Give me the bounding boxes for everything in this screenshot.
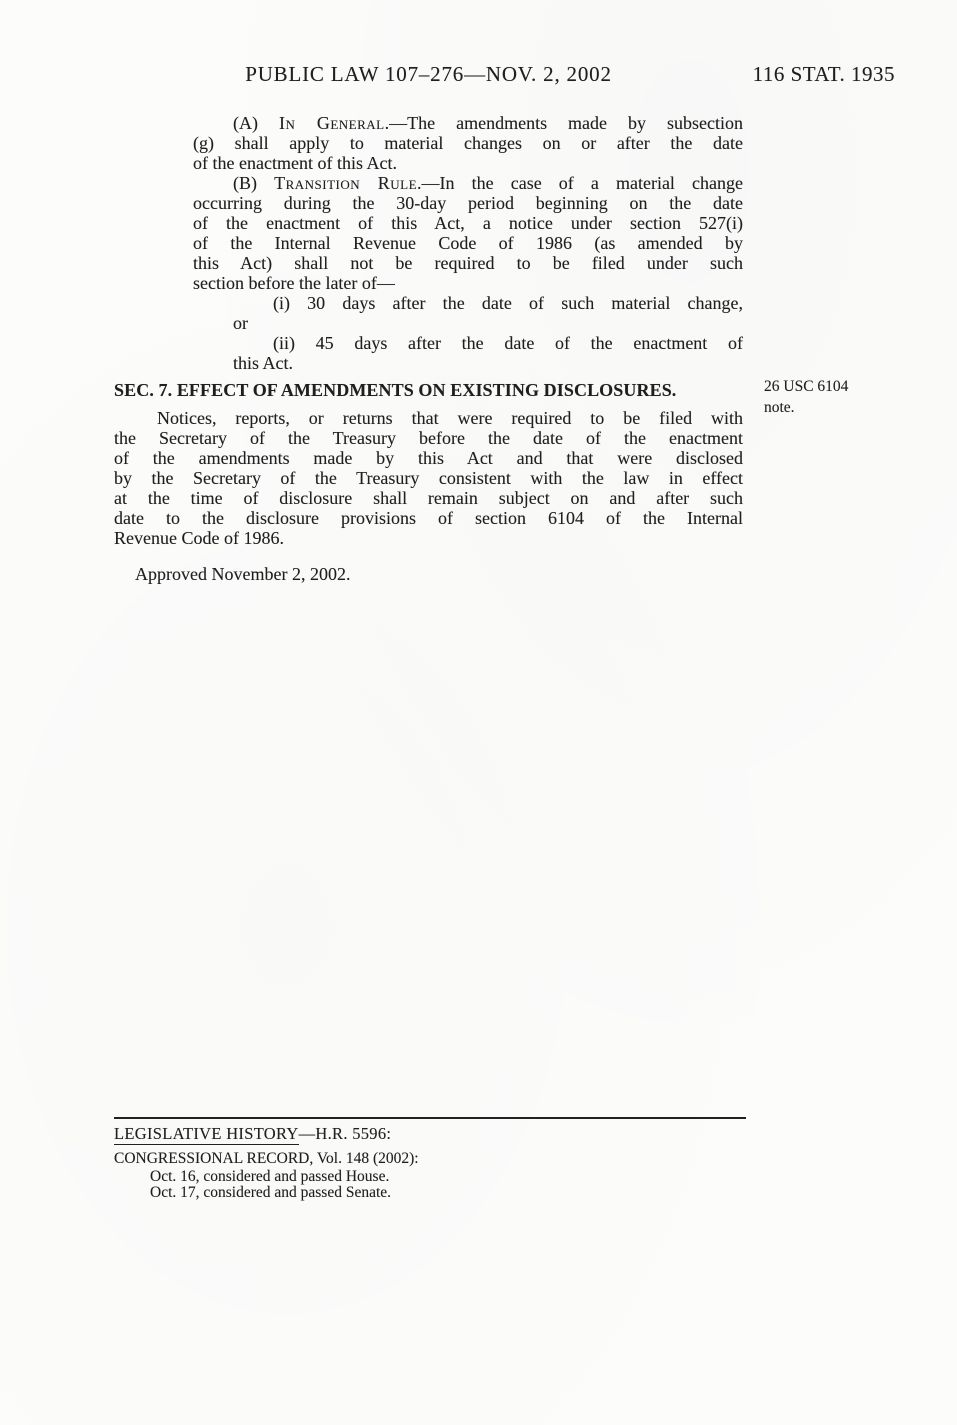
legislative-history-title-rest: —H.R. 5596: xyxy=(299,1124,392,1143)
section-7-line-1: Notices, reports, or returns that were r… xyxy=(114,408,743,428)
usc-margin-note-line-2: note. xyxy=(764,398,914,419)
clause-i-line-2: or xyxy=(193,313,743,333)
clause-ii-line-2: this Act. xyxy=(193,353,743,373)
congressional-record-entry-1: Oct. 16, considered and passed House. xyxy=(150,1169,746,1185)
clause-b-line-3: of the enactment of this Act, a notice u… xyxy=(193,213,743,233)
clause-a-title-rest: .—The amendments made by subsection xyxy=(385,113,743,133)
section-7-line-3: of the amendments made by this Act and t… xyxy=(114,448,743,468)
congressional-record-heading: CONGRESSIONAL RECORD, Vol. 148 (2002): xyxy=(114,1150,746,1167)
subclauses-block: (A) In General.—The amendments made by s… xyxy=(114,113,743,373)
clause-a-label: (A) xyxy=(233,113,279,133)
clause-b-line-1: (B) Transition Rule.—In the case of a ma… xyxy=(193,173,743,193)
text-column: (A) In General.—The amendments made by s… xyxy=(114,113,743,584)
clause-b-line-4: of the Internal Revenue Code of 1986 (as… xyxy=(193,233,743,253)
clause-b-title: Transition Rule xyxy=(274,173,417,193)
usc-margin-note-line-1: 26 USC 6104 xyxy=(764,377,914,398)
clause-b-line-2: occurring during the 30-day period begin… xyxy=(193,193,743,213)
clause-a-line-1: (A) In General.—The amendments made by s… xyxy=(193,113,743,133)
legislative-history-title-underlined: LEGISLATIVE HISTORY xyxy=(114,1124,299,1145)
section-7-line-6: date to the disclosure provisions of sec… xyxy=(114,508,743,528)
section-7-heading: SEC. 7. EFFECT OF AMENDMENTS ON EXISTING… xyxy=(114,380,743,400)
statute-page: PUBLIC LAW 107–276—NOV. 2, 2002 116 STAT… xyxy=(0,0,957,1425)
section-7-line-4: by the Secretary of the Treasury consist… xyxy=(114,468,743,488)
clause-b-title-rest: .—In the case of a material change xyxy=(417,173,743,193)
clause-b-label: (B) xyxy=(233,173,274,193)
clause-ii-line-1: (ii) 45 days after the date of the enact… xyxy=(193,333,743,353)
clause-a-line-3: of the enactment of this Act. xyxy=(193,153,743,173)
usc-margin-note: 26 USC 6104 note. xyxy=(764,377,914,418)
legislative-history-block: LEGISLATIVE HISTORY—H.R. 5596: CONGRESSI… xyxy=(114,1117,746,1202)
clause-b-line-5: this Act) shall not be required to be fi… xyxy=(193,253,743,273)
legislative-history-title: LEGISLATIVE HISTORY—H.R. 5596: xyxy=(114,1124,746,1143)
section-7-body: Notices, reports, or returns that were r… xyxy=(114,408,743,548)
section-7-line-2: the Secretary of the Treasury before the… xyxy=(114,428,743,448)
congressional-record-entry-2: Oct. 17, considered and passed Senate. xyxy=(150,1185,746,1201)
clause-a-title: In General xyxy=(279,113,385,133)
running-head-stat-number: 116 STAT. 1935 xyxy=(753,62,895,87)
section-7-line-7: Revenue Code of 1986. xyxy=(114,528,743,548)
legislative-history-rule xyxy=(114,1117,746,1119)
clause-i-line-1: (i) 30 days after the date of such mater… xyxy=(193,293,743,313)
running-head-title: PUBLIC LAW 107–276—NOV. 2, 2002 xyxy=(114,62,743,87)
clause-b-line-6: section before the later of— xyxy=(193,273,743,293)
approval-line: Approved November 2, 2002. xyxy=(135,564,743,584)
clause-a-line-2: (g) shall apply to material changes on o… xyxy=(193,133,743,153)
section-7-line-5: at the time of disclosure shall remain s… xyxy=(114,488,743,508)
